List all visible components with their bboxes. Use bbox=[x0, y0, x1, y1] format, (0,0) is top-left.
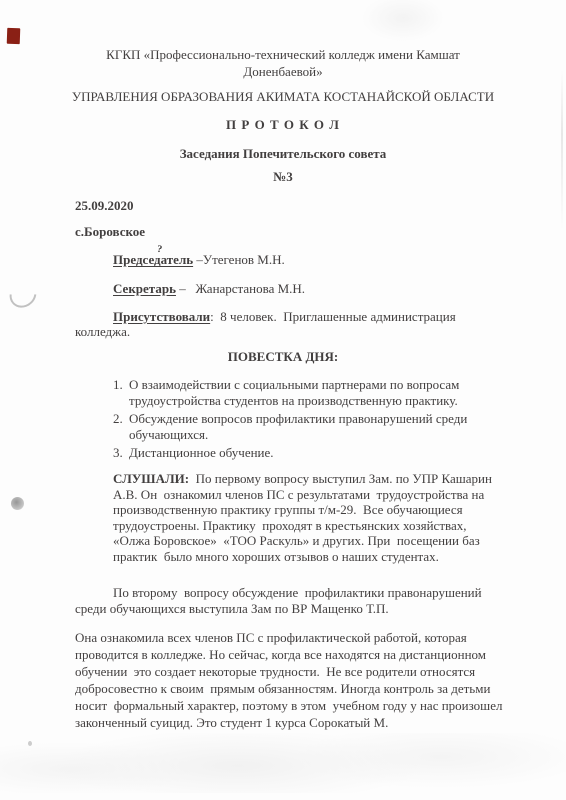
heard-line1-text: По первому вопросу выступил Зам. по УПР … bbox=[189, 471, 492, 486]
letterhead-department: УПРАВЛЕНИЯ ОБРАЗОВАНИЯ АКИМАТА КОСТАНАЙС… bbox=[0, 89, 566, 105]
text-line: добросовестно к своим прямым обязанностя… bbox=[75, 680, 502, 697]
text-line: обучении это создает некоторые трудности… bbox=[75, 663, 502, 680]
red-ink-mark bbox=[7, 28, 21, 44]
agenda-item-number: 1. bbox=[113, 377, 129, 408]
letterhead-org-line2: Доненбаевой» bbox=[0, 63, 566, 80]
agenda-item-line: Обсуждение вопросов профилактики правона… bbox=[129, 411, 467, 427]
attendees-block: Присутствовали: 8 человек. Приглашенные … bbox=[75, 309, 456, 339]
agenda-item: 2. Обсуждение вопросов профилактики прав… bbox=[113, 411, 467, 442]
attendees-text: : 8 человек. Приглашенные администрация bbox=[210, 309, 456, 324]
text-line: По второму вопросу обсуждение профилакти… bbox=[75, 585, 482, 601]
attendees-line1: Присутствовали: 8 человек. Приглашенные … bbox=[75, 309, 456, 324]
agenda-item-number: 3. bbox=[113, 445, 129, 461]
letterhead-org: КГКП «Профессионально-технический коллед… bbox=[0, 46, 566, 80]
agenda-item-line: О взаимодействии с социальными партнерам… bbox=[129, 377, 459, 393]
secretary-label: Секретарь bbox=[113, 281, 176, 296]
text-line: носит формальный характер, поэтому в это… bbox=[75, 697, 502, 714]
chairman-line: Председатель –Утегенов М.Н. bbox=[113, 252, 285, 268]
text-line: трудоустроены. Практику проходят в крест… bbox=[113, 518, 492, 534]
chairman-label: Председатель bbox=[113, 252, 193, 267]
text-line: «Олжа Боровское» «ТОО Раскуль» и других.… bbox=[113, 533, 492, 549]
hole-punch-crescent bbox=[4, 276, 42, 313]
text-line: законченный суицид. Это студент 1 курса … bbox=[75, 714, 502, 731]
agenda-item-line: трудоустройства студентов на производств… bbox=[129, 393, 459, 409]
scan-smudge-top bbox=[348, 0, 448, 52]
doc-number: №3 bbox=[0, 169, 566, 185]
scan-speck bbox=[28, 741, 32, 746]
doc-place: с.Боровское bbox=[75, 224, 145, 240]
agenda-list: 1. О взаимодействии с социальными партне… bbox=[113, 377, 467, 464]
agenda-item-text: Обсуждение вопросов профилактики правона… bbox=[129, 411, 467, 442]
text-line: Она ознакомила всех членов ПС с профилак… bbox=[75, 629, 502, 646]
agenda-item-number: 2. bbox=[113, 411, 129, 442]
agenda-item-text: О взаимодействии с социальными партнерам… bbox=[129, 377, 459, 408]
text-line: А.В. Он ознакомил членов ПС с результата… bbox=[113, 487, 492, 503]
text-line: среди обучающихся выступила Зам по ВР Ма… bbox=[75, 601, 482, 617]
scanned-document-page: ? КГКП «Профессионально-технический колл… bbox=[0, 0, 566, 800]
heard-paragraph: СЛУШАЛИ: По первому вопросу выступил Зам… bbox=[113, 471, 492, 565]
hole-punch-dot bbox=[11, 497, 24, 510]
scan-smudge-bottom bbox=[0, 733, 566, 793]
doc-date: 25.09.2020 bbox=[75, 198, 134, 214]
agenda-item-text: Дистанционное обучение. bbox=[129, 445, 274, 461]
text-line: производственную практику группы т/м-29.… bbox=[113, 502, 492, 518]
agenda-item: 1. О взаимодействии с социальными партне… bbox=[113, 377, 467, 408]
agenda-title: ПОВЕСТКА ДНЯ: bbox=[0, 349, 566, 365]
attendees-line2: колледжа. bbox=[75, 324, 456, 339]
second-question-paragraph: По второму вопросу обсуждение профилакти… bbox=[75, 585, 482, 617]
heard-line1: СЛУШАЛИ: По первому вопросу выступил Зам… bbox=[113, 471, 492, 487]
letterhead-org-line1: КГКП «Профессионально-технический коллед… bbox=[0, 46, 566, 63]
agenda-item: 3. Дистанционное обучение. bbox=[113, 445, 467, 461]
report-paragraph: Она ознакомила всех членов ПС с профилак… bbox=[75, 629, 502, 731]
agenda-item-line: Дистанционное обучение. bbox=[129, 445, 274, 461]
attendees-label: Присутствовали bbox=[113, 309, 210, 324]
doc-subtitle: Заседания Попечительского совета bbox=[0, 145, 566, 162]
secretary-name: – Жанарстанова М.Н. bbox=[176, 281, 305, 296]
chairman-name: –Утегенов М.Н. bbox=[193, 252, 285, 267]
secretary-line: Секретарь – Жанарстанова М.Н. bbox=[113, 281, 305, 297]
agenda-item-line: обучающихся. bbox=[129, 427, 467, 443]
text-line: практик было много хороших отзывов о наш… bbox=[113, 549, 492, 565]
text-line: проводится в колледже. Но сейчас, когда … bbox=[75, 646, 502, 663]
doc-type-title: П Р О Т О К О Л bbox=[0, 116, 566, 133]
heard-label: СЛУШАЛИ: bbox=[113, 471, 189, 486]
